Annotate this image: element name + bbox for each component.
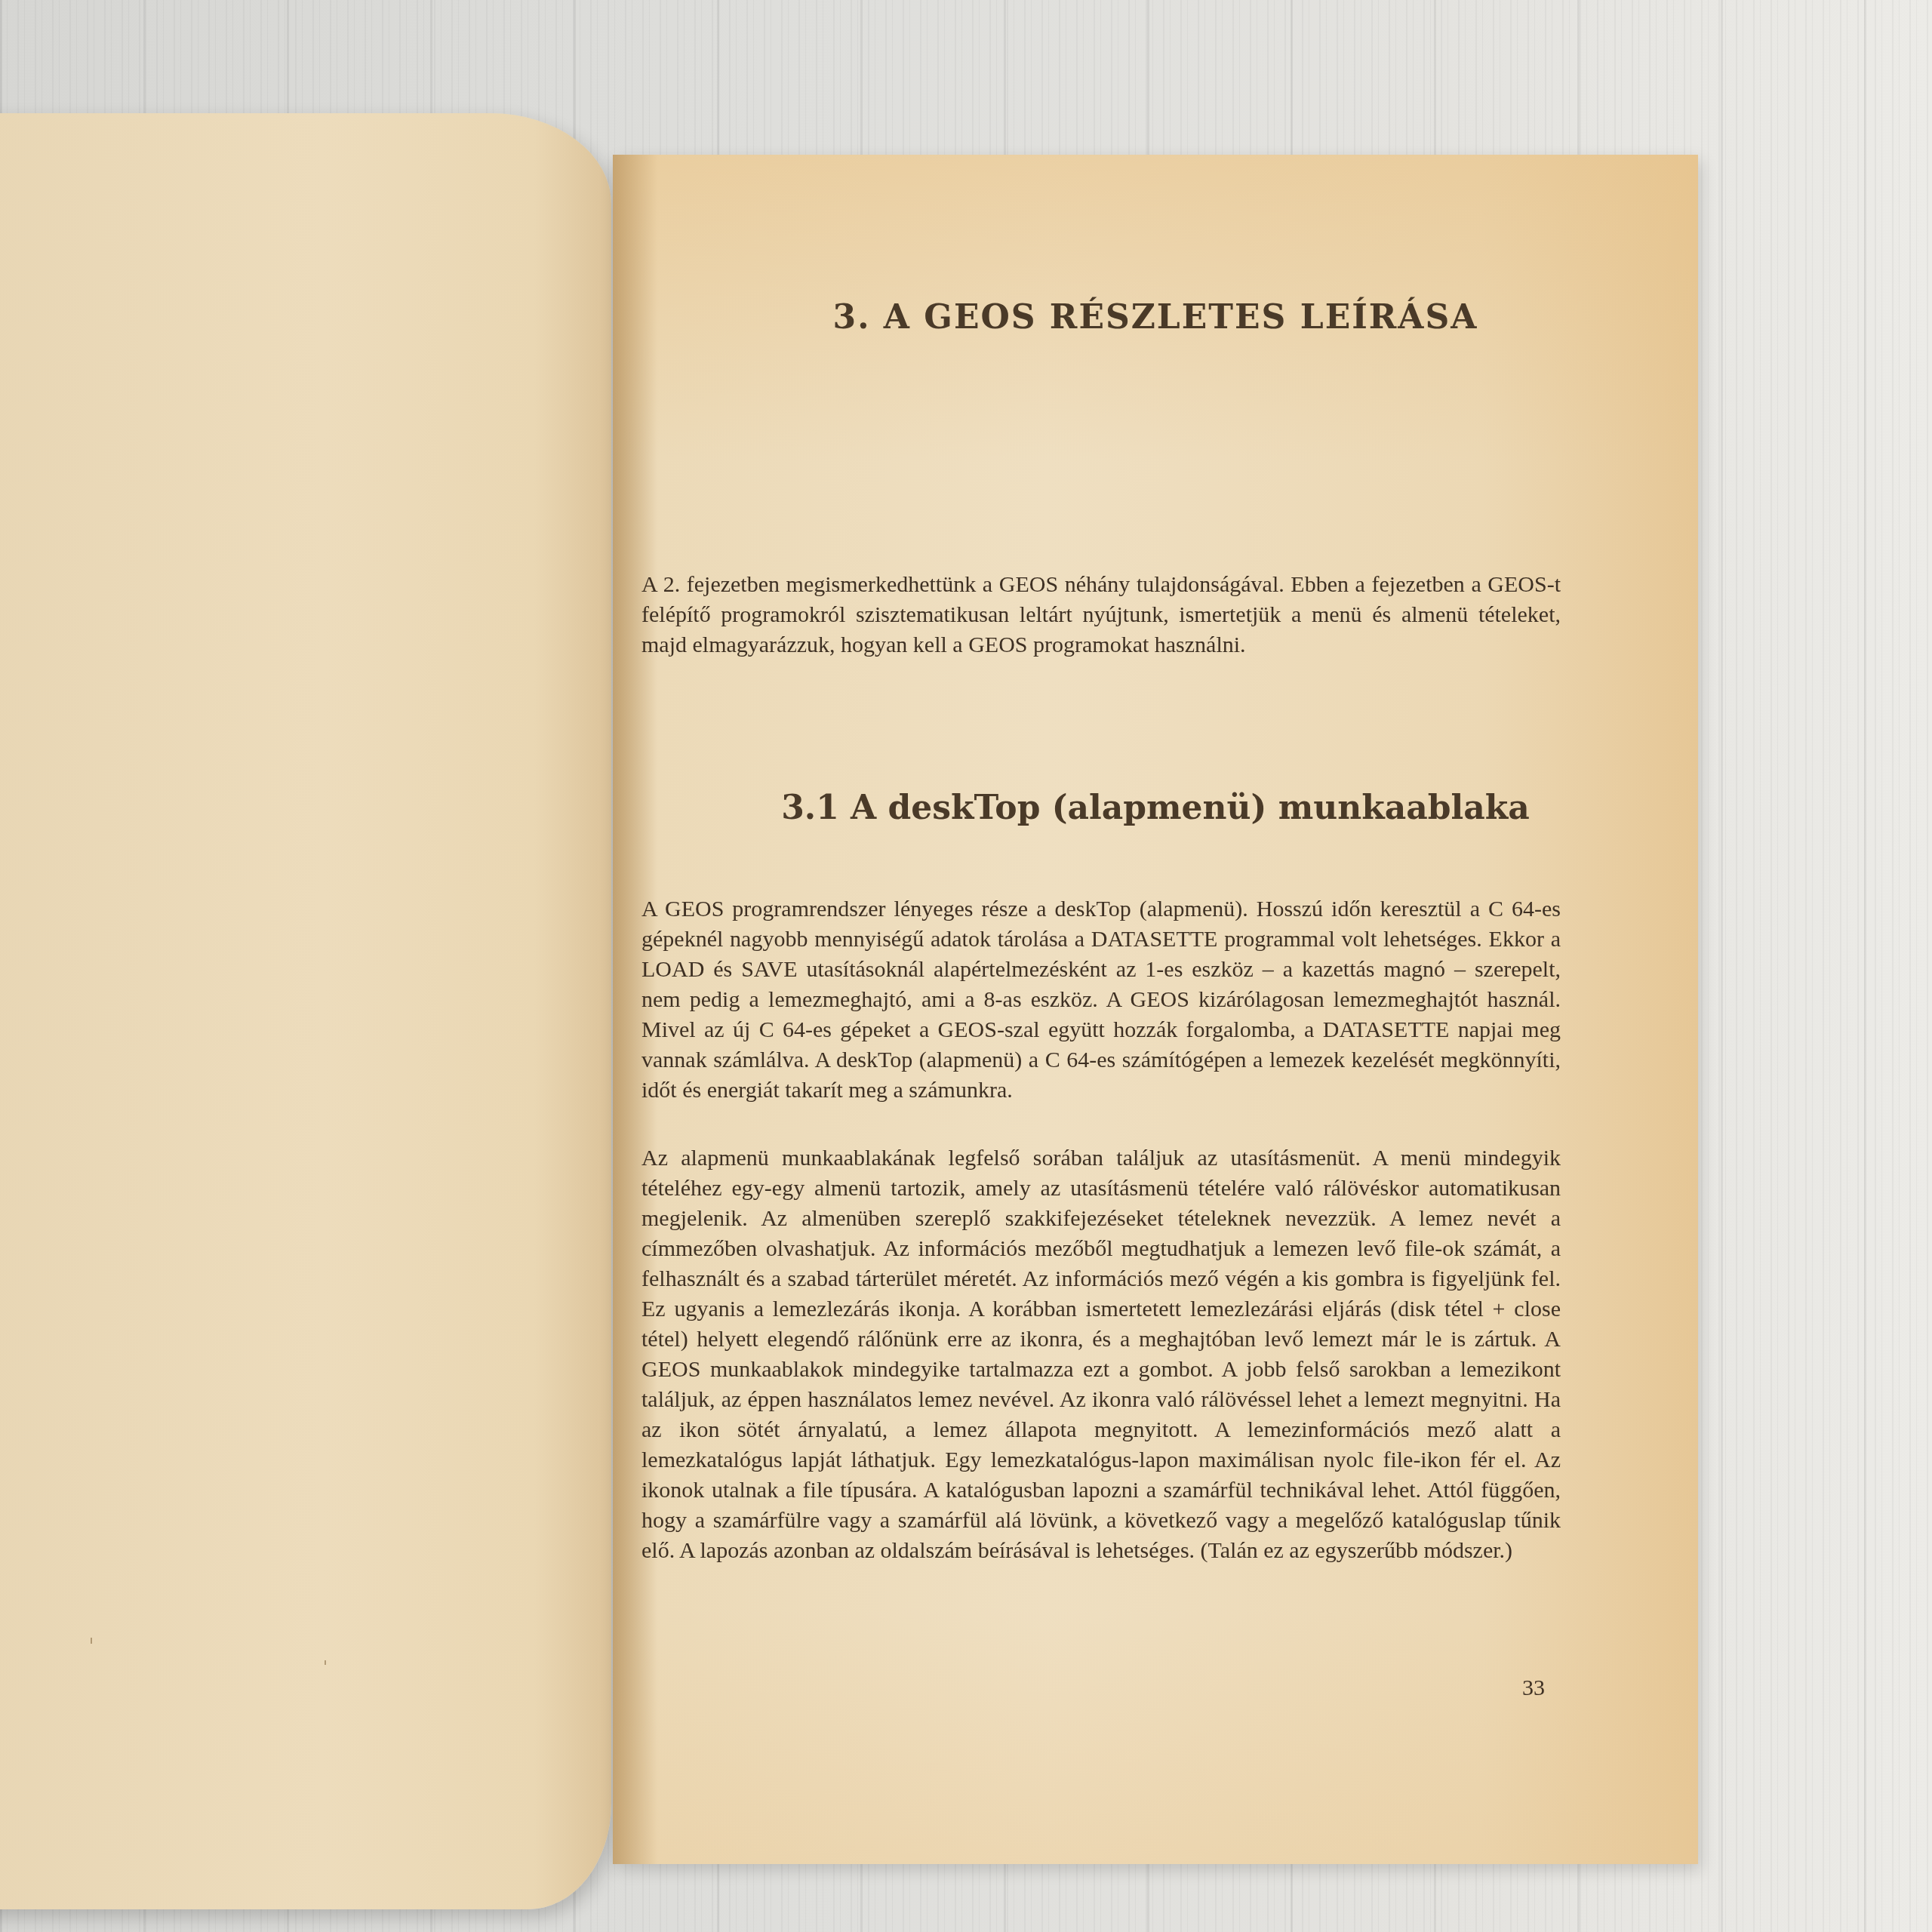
chapter-title: 3. A GEOS RÉSZLETES LEÍRÁSA — [613, 298, 1698, 337]
body-paragraph: A GEOS programrendszer lényeges része a … — [641, 894, 1561, 1106]
section-heading: 3.1 A deskTop (alapmenü) munkaablaka — [613, 789, 1698, 827]
left-page — [0, 113, 611, 1909]
paper-speck — [91, 1638, 92, 1644]
right-page: 3. A GEOS RÉSZLETES LEÍRÁSA A 2. fejezet… — [613, 155, 1698, 1864]
body-paragraph: Az alapmenü munkaablakának legfelső sorá… — [641, 1143, 1561, 1566]
intro-paragraph: A 2. fejezetben megismerkedhettünk a GEO… — [641, 570, 1561, 660]
page-number: 33 — [1522, 1675, 1545, 1701]
paper-speck — [325, 1660, 326, 1665]
